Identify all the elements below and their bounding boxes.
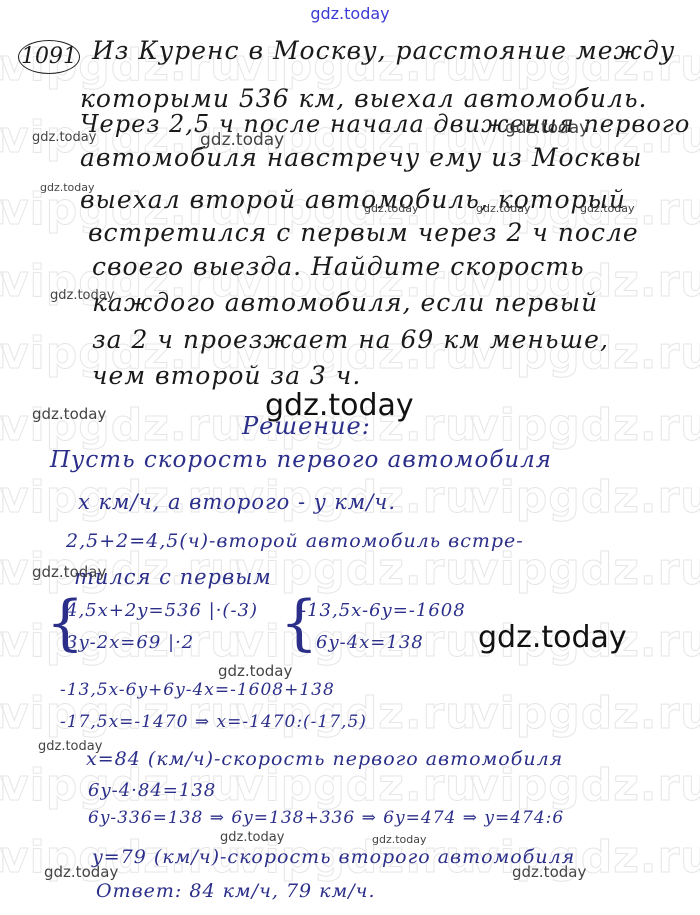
watermark-background: vipgdz.ru (0, 184, 8, 235)
watermark-small: gdz.today (364, 202, 419, 215)
watermark-background: vipgdz.ru (470, 400, 700, 451)
header-watermark: gdz.today (0, 4, 700, 23)
system-right-eq: -13,5x-6y=-1608 (300, 600, 466, 621)
watermark-small: gdz.today (50, 288, 114, 303)
watermark-small: gdz.today (32, 563, 106, 581)
solution-answer: Ответ: 84 км/ч, 79 км/ч. (96, 880, 376, 902)
watermark-background: vipgdz.ru (470, 688, 700, 739)
solution-line: x=84 (км/ч)-скорость первого автомобиля (86, 748, 563, 770)
task-line: чем второй за 3 ч. (92, 361, 361, 390)
watermark-small: gdz.today (580, 202, 635, 215)
watermark-large: gdz.today (478, 620, 627, 655)
watermark-small: gdz.today (505, 118, 589, 138)
task-line: которыми 536 км, выехал автомобиль. (80, 84, 648, 113)
task-line: своего выезда. Найдите скорость (92, 252, 585, 281)
watermark-background: vipgdz.ru (0, 112, 8, 163)
task-line: Через 2,5 ч после начала движения первог… (80, 110, 690, 138)
watermark-large: gdz.today (265, 388, 414, 423)
watermark-small: gdz.today (476, 202, 531, 215)
watermark-small: gdz.today (220, 830, 284, 845)
watermark-background: vipgdz.ru (0, 40, 8, 91)
task-number: 1091 (18, 40, 80, 74)
watermark-small: gdz.today (200, 130, 284, 150)
watermark-background: vipgdz.ru (0, 256, 8, 307)
task-line: выехал второй автомобиль, который (80, 185, 626, 214)
solution-line: y=79 (км/ч)-скорость второго автомобиля (92, 846, 575, 868)
solution-line: x км/ч, а второго - y км/ч. (78, 490, 396, 514)
watermark-background: vipgdz.ru (0, 616, 8, 667)
solution-line: Пусть скорость первого автомобиля (50, 447, 552, 473)
watermark-background: vipgdz.ru (0, 832, 8, 883)
watermark-background: vipgdz.ru (0, 760, 8, 811)
solution-line: 6y-336=138 ⇒ 6y=138+336 ⇒ 6y=474 ⇒ y=474… (88, 808, 564, 828)
watermark-background: vipgdz.ru (0, 400, 8, 451)
solution-line: 2,5+2=4,5(ч)-второй автомобиль встре- (66, 530, 524, 552)
task-line: автомобиля навстречу ему из Москвы (80, 143, 642, 172)
watermark-small: gdz.today (32, 130, 96, 145)
system-brace-right: { (280, 588, 318, 658)
watermark-background: vipgdz.ru (470, 472, 700, 523)
watermark-background: vipgdz.ru (0, 328, 8, 379)
system-left-eq: 4,5x+2y=536 |·(-3) (66, 600, 258, 621)
watermark-background: vipgdz.ru (0, 688, 8, 739)
system-left-eq: 3y-2x=69 |·2 (66, 632, 194, 653)
task-line: за 2 ч проезжает на 69 км меньше, (92, 325, 609, 354)
task-line: встретился с первым через 2 ч после (88, 218, 639, 247)
watermark-background: vipgdz.ru (0, 544, 8, 595)
watermark-small: gdz.today (32, 405, 106, 423)
task-line: Из Куренс в Москву, расстояние между (92, 36, 675, 65)
solution-line: -17,5x=-1470 ⇒ x=-1470:(-17,5) (60, 712, 367, 732)
watermark-small: gdz.today (218, 662, 292, 680)
watermark-small: gdz.today (372, 833, 427, 846)
watermark-small: gdz.today (44, 863, 118, 881)
task-line: каждого автомобиля, если первый (92, 288, 598, 317)
watermark-small: gdz.today (38, 739, 102, 754)
system-right-eq: 6y-4x=138 (316, 632, 424, 653)
watermark-small: gdz.today (512, 863, 586, 881)
solution-line: 6y-4·84=138 (88, 780, 216, 801)
solution-line: -13,5x-6y+6y-4x=-1608+138 (60, 680, 335, 700)
watermark-small: gdz.today (40, 181, 95, 194)
watermark-background: vipgdz.ru (0, 472, 8, 523)
